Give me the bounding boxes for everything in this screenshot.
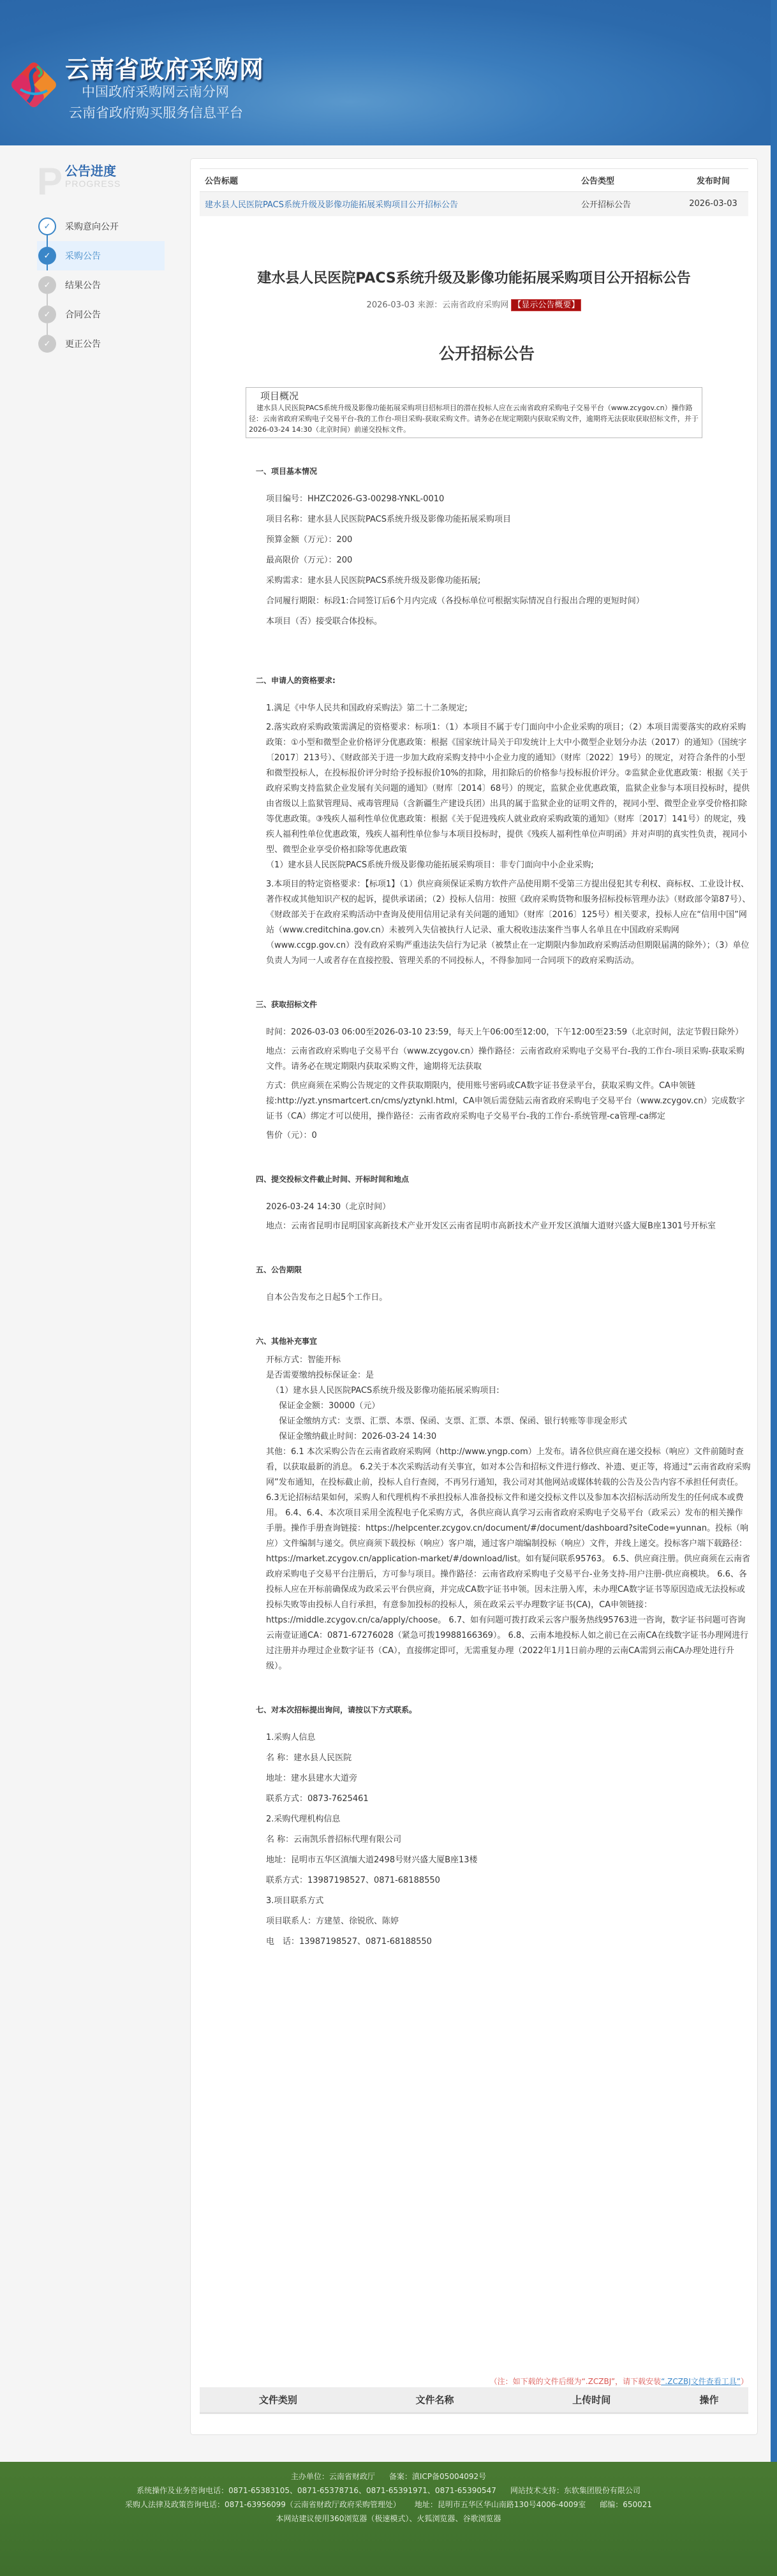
download-note-suffix: ） — [741, 2377, 748, 2386]
step-connector — [47, 329, 48, 335]
purchaser-address: 地址：建水县建水大道旁 — [256, 1771, 753, 1786]
project-contacts: 项目联系人：方建堃、徐锐欣、陈婷 — [256, 1914, 753, 1929]
deadline-time: 2026-03-24 14:30（北京时间） — [256, 1200, 753, 1215]
check-icon: ✓ — [38, 217, 56, 235]
step-correction-notice[interactable]: ✓ 更正公告 — [37, 329, 165, 358]
section-heading-2: 二、申请人的资格要求: — [256, 673, 753, 688]
agency-name: 名 称：云南凯乐普招标代理有限公司 — [256, 1832, 753, 1848]
qualification-1: 1.满足《中华人民共和国政府采购法》第二十二条规定; — [256, 701, 753, 716]
step-connector — [47, 300, 48, 305]
acquisition-method: 方式：供应商须在采购公告规定的文件获取期限内，使用账号密码或CA数字证书登录平台… — [256, 1078, 753, 1124]
row-type: 公开招标公告 — [576, 192, 678, 216]
acquisition-place: 地点：云南省政府采购电子交易平台（www.zcygov.cn）操作路径：云南省政… — [256, 1044, 753, 1075]
step-connector — [47, 294, 48, 300]
step-contract-notice[interactable]: ✓ 合同公告 — [37, 300, 165, 329]
footer-line-1: 主办单位：云南省财政厅备案：滇ICP备05004092号 — [0, 2469, 777, 2484]
postcode: 邮编：650021 — [600, 2500, 652, 2509]
overview-title: 项目概况 — [249, 390, 699, 402]
project-contact-heading: 3.项目联系方式 — [256, 1894, 753, 1909]
announcement-body: 一、项目基本情况 项目编号：HHZC2026-G3-00298-YNKL-001… — [256, 464, 753, 1955]
footer-line-3: 采购人法律及政策咨询电话：0871-63956099（云南省财政厅政府采购管理处… — [0, 2498, 777, 2512]
check-icon: ✓ — [38, 276, 56, 294]
budget-amount: 预算金额（万元）：200 — [256, 533, 753, 548]
footer-line-4: 本网站建议使用360浏览器（极速模式）、火狐浏览器、谷歌浏览器 — [0, 2512, 777, 2526]
project-overview-box: 项目概况 建水县人民医院PACS系统升级及影像功能拓展采购项目招标项目的潜在投标… — [246, 387, 702, 438]
table-row: 建水县人民医院PACS系统升级及影像功能拓展采购项目公开招标公告 公开招标公告 … — [200, 192, 748, 216]
site-title: 云南省政府采购网 — [65, 50, 264, 85]
section-heading-3: 三、获取招标文件 — [256, 997, 753, 1012]
section-heading-1: 一、项目基本情况 — [256, 464, 753, 479]
acquisition-time: 时间：2026-03-03 06:00至2026-03-10 23:59，每天上… — [256, 1025, 753, 1040]
check-icon: ✓ — [38, 247, 56, 265]
attachments-header-row: 文件类别 文件名称 上传时间 操作 — [200, 2387, 748, 2413]
contract-period: 合同履行期限：标段1:合同签订后6个月内完成（各投标单位可根据实际情况自行报出合… — [256, 594, 753, 609]
site-logo-icon — [10, 57, 57, 112]
download-note: （注：如下载的文件后缀为“.ZCZBJ”，请下载安装“.ZCZBJ文件查看工具”… — [200, 2376, 748, 2387]
page: 云南省政府采购网 中国政府采购网云南分网 云南省政府购买服务信息平台 P 公告进… — [0, 0, 777, 2576]
footer-line-2: 系统操作及业务咨询电话：0871-65383105、0871-65378716、… — [0, 2484, 777, 2498]
show-summary-button[interactable]: 【显示公告概要】 — [511, 299, 581, 311]
deposit-deadline: 保证金缴纳截止时间：2026-03-24 14:30 — [256, 1429, 753, 1445]
site-subtitle-1: 中国政府采购网云南分网 — [82, 82, 229, 101]
tech-support: 网站技术支持：东软集团股份有限公司 — [510, 2486, 640, 2495]
col-date: 发布时间 — [678, 169, 748, 192]
host-unit: 主办单位：云南省财政厅 — [291, 2472, 375, 2481]
qualification-2-lot: （1）建水县人民医院PACS系统升级及影像功能拓展采购项目：非专门面向中小企业采… — [256, 858, 753, 873]
icp-record[interactable]: 备案：滇ICP备05004092号 — [389, 2472, 486, 2481]
row-date: 2026-03-03 — [678, 192, 748, 216]
table-header-row: 公告标题 公告类型 发布时间 — [200, 169, 748, 192]
deposit-required: 是否需要缴纳投标保证金：是 — [256, 1368, 753, 1383]
document-price: 售价（元）：0 — [256, 1128, 753, 1144]
attachments-table: 文件类别 文件名称 上传时间 操作 — [200, 2387, 748, 2414]
col-file-name: 文件名称 — [357, 2387, 514, 2413]
opening-place: 地点：云南省昆明市昆明国家高新技术产业开发区云南省昆明市高新技术产业开发区滇缅大… — [256, 1219, 753, 1234]
announcement-period: 自本公告发布之日起5个工作日。 — [256, 1290, 753, 1306]
agency-heading: 2.采购代理机构信息 — [256, 1812, 753, 1827]
project-name: 项目名称：建水县人民医院PACS系统升级及影像功能拓展采购项目 — [256, 512, 753, 527]
procurement-demand: 采购需求：建水县人民医院PACS系统升级及影像功能拓展; — [256, 573, 753, 589]
site-subtitle-2: 云南省政府购买服务信息平台 — [69, 103, 243, 122]
qualification-2: 2.落实政府采购政策需满足的资格要求：标项1：（1）本项目不属于专门面向中小企业… — [256, 720, 753, 858]
step-label: 采购公告 — [65, 249, 101, 262]
other-matters: 其他：6.1 本次采购公告在云南省政府采购网（http://www.yngp.c… — [256, 1445, 753, 1674]
announcement-list-table: 公告标题 公告类型 发布时间 建水县人民医院PACS系统升级及影像功能拓展采购项… — [200, 168, 748, 216]
step-connector — [47, 323, 48, 329]
col-action: 操作 — [670, 2387, 748, 2413]
header-banner: 云南省政府采购网 中国政府采购网云南分网 云南省政府购买服务信息平台 — [0, 0, 777, 145]
right-edge-strip — [771, 0, 777, 2462]
overview-body: 建水县人民医院PACS系统升级及影像功能拓展采购项目招标项目的潜在投标人应在云南… — [249, 402, 699, 435]
section-heading-6: 六、其他补充事宜 — [256, 1334, 753, 1349]
purchaser-heading: 1.采购人信息 — [256, 1730, 753, 1746]
deposit-amount: 保证金金额：30000（元） — [256, 1399, 753, 1414]
publish-date: 2026-03-03 — [367, 300, 415, 310]
office-address: 地址：昆明市五华区华山南路130号4006-4009室 — [415, 2500, 586, 2509]
zczbj-viewer-link[interactable]: “.ZCZBJ文件查看工具” — [661, 2377, 741, 2386]
agency-contact: 联系方式：13987198527、0871-68188550 — [256, 1873, 753, 1888]
step-label: 合同公告 — [65, 308, 101, 321]
check-icon: ✓ — [38, 335, 56, 353]
progress-title: 公告进度 — [65, 161, 116, 179]
project-phone: 电 话：13987198527、0871-68188550 — [256, 1934, 753, 1950]
col-type: 公告类型 — [576, 169, 678, 192]
max-price: 最高限价（万元）：200 — [256, 553, 753, 568]
legal-phone: 采购人法律及政策咨询电话：0871-63956099（云南省财政厅政府采购管理处… — [125, 2500, 401, 2509]
step-label: 更正公告 — [65, 337, 101, 350]
progress-letter: P — [37, 159, 63, 203]
step-procurement-notice[interactable]: ✓ 采购公告 — [37, 241, 165, 270]
col-upload-time: 上传时间 — [513, 2387, 670, 2413]
section-heading-7: 七、对本次招标提出询问，请按以下方式联系。 — [256, 1702, 753, 1718]
step-intent[interactable]: ✓ 采购意向公开 — [37, 212, 165, 241]
document-meta: 2026-03-03 来源：云南省政府采购网 【显示公告概要】 — [191, 298, 757, 310]
step-connector — [47, 265, 48, 270]
step-label: 采购意向公开 — [65, 220, 119, 233]
section-heading-4: 四、提交投标文件截止时间、开标时间和地点 — [256, 1172, 753, 1187]
step-label: 结果公告 — [65, 279, 101, 291]
project-number: 项目编号：HHZC2026-G3-00298-YNKL-0010 — [256, 492, 753, 507]
qualification-3: 3.本项目的特定资格要求：【标项1】（1）供应商须保证采购方软件产品使用期不受第… — [256, 877, 753, 969]
document-title: 建水县人民医院PACS系统升级及影像功能拓展采购项目公开招标公告 — [191, 267, 757, 287]
source-label: 来源： — [417, 300, 442, 310]
step-connector — [47, 241, 48, 247]
browser-recommendation: 本网站建议使用360浏览器（极速模式）、火狐浏览器、谷歌浏览器 — [276, 2514, 501, 2523]
purchaser-contact: 联系方式：0873-7625461 — [256, 1792, 753, 1807]
section-heading-5: 五、公告期限 — [256, 1262, 753, 1277]
check-icon: ✓ — [38, 305, 56, 323]
source-value: 云南省政府采购网 — [442, 300, 508, 310]
progress-subtitle: PROGRESS — [65, 179, 121, 189]
col-title: 公告标题 — [200, 169, 576, 192]
purchaser-name: 名 称：建水县人民医院 — [256, 1751, 753, 1766]
notice-heading: 公开招标公告 — [191, 341, 757, 364]
col-file-category: 文件类别 — [200, 2387, 357, 2413]
site-footer: 主办单位：云南省财政厅备案：滇ICP备05004092号 系统操作及业务咨询电话… — [0, 2462, 777, 2576]
announcement-card: 公告标题 公告类型 发布时间 建水县人民医院PACS系统升级及影像功能拓展采购项… — [190, 158, 758, 2435]
ops-phone: 系统操作及业务咨询电话：0871-65383105、0871-65378716、… — [137, 2486, 496, 2495]
consortium-bidding: 本项目（否）接受联合体投标。 — [256, 614, 753, 629]
opening-method: 开标方式：智能开标 — [256, 1353, 753, 1368]
progress-steps: ✓ 采购意向公开 ✓ 采购公告 ✓ 结果公告 ✓ 合同公告 — [37, 212, 165, 358]
announcement-link[interactable]: 建水县人民医院PACS系统升级及影像功能拓展采购项目公开招标公告 — [205, 200, 458, 210]
deposit-lot: （1）建水县人民医院PACS系统升级及影像功能拓展采购项目: — [256, 1383, 753, 1399]
download-note-text: （注：如下载的文件后缀为“.ZCZBJ”，请下载安装 — [490, 2377, 661, 2386]
deposit-method: 保证金缴纳方式：支票、汇票、本票、保函、支票、汇票、本票、保函、银行转账等非现金… — [256, 1414, 753, 1429]
row-title-cell: 建水县人民医院PACS系统升级及影像功能拓展采购项目公开招标公告 — [200, 192, 576, 216]
step-result-notice[interactable]: ✓ 结果公告 — [37, 270, 165, 300]
agency-address: 地址：昆明市五华区滇缅大道2498号财兴盛大厦B座13楼 — [256, 1853, 753, 1868]
